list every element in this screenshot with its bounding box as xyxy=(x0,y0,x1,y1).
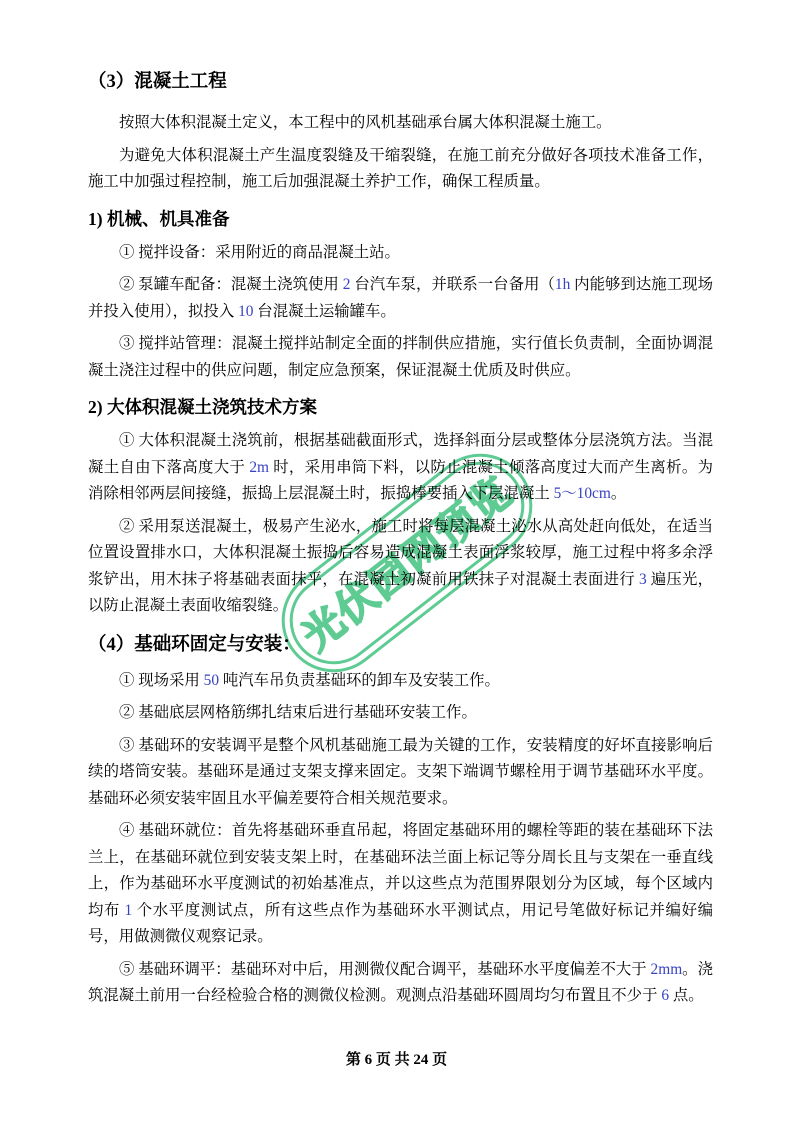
list-item-ring-leveling: ⑤ 基础环调平：基础环对中后，用测微仪配合调平，基础环水平度偏差不大于 2mm。… xyxy=(88,957,713,1010)
list-item-pouring-layers: ① 大体积混凝土浇筑前，根据基础截面形式，选择斜面分层或整体分层浇筑方法。当混凝… xyxy=(88,428,713,508)
page-number-footer: 第 6 页 共 24 页 xyxy=(0,1048,793,1069)
list-item-mixing-station: ③ 搅拌站管理：混凝土搅拌站制定全面的拌制供应措施，实行值长负责制，全面协调混凝… xyxy=(88,331,713,384)
heading-machinery-preparation: 1) 机械、机具准备 xyxy=(88,208,713,231)
paragraph-intro-2: 为避免大体积混凝土产生温度裂缝及干缩裂缝，在施工前充分做好各项技术准备工作，施工… xyxy=(88,143,713,196)
heading-concrete-works: （3）混凝土工程 xyxy=(88,70,713,94)
list-item-pump-truck: ② 泵罐车配备：混凝土浇筑使用 2 台汽车泵，并联系一台备用（1h 内能够到达施… xyxy=(88,272,713,325)
list-item-pumped-concrete: ② 采用泵送混凝土，极易产生泌水，施工时将每层混凝土泌水从高处赶向低处，在适当位… xyxy=(88,514,713,620)
heading-mass-concrete-pouring: 2) 大体积混凝土浇筑技术方案 xyxy=(88,396,713,419)
document-content: （3）混凝土工程 按照大体积混凝土定义，本工程中的风机基础承台属大体积混凝土施工… xyxy=(88,70,713,1016)
list-item-mixing-equipment: ① 搅拌设备：采用附近的商品混凝土站。 xyxy=(88,240,713,267)
list-item-rebar-binding: ② 基础底层网格筋绑扎结束后进行基础环安装工作。 xyxy=(88,700,713,727)
document-page: 光伏园网预览 （3）混凝土工程 按照大体积混凝土定义，本工程中的风机基础承台属大… xyxy=(0,0,793,1122)
list-item-crane: ① 现场采用 50 吨汽车吊负责基础环的卸车及安装工作。 xyxy=(88,668,713,695)
list-item-ring-positioning: ④ 基础环就位：首先将基础环垂直吊起，将固定基础环用的螺栓等距的装在基础环下法兰… xyxy=(88,818,713,951)
list-item-ring-leveling-importance: ③ 基础环的安装调平是整个风机基础施工最为关键的工作，安装精度的好坏直接影响后续… xyxy=(88,733,713,813)
paragraph-intro-1: 按照大体积混凝土定义，本工程中的风机基础承台属大体积混凝土施工。 xyxy=(88,110,713,137)
heading-foundation-ring: （4）基础环固定与安装： xyxy=(88,633,713,657)
